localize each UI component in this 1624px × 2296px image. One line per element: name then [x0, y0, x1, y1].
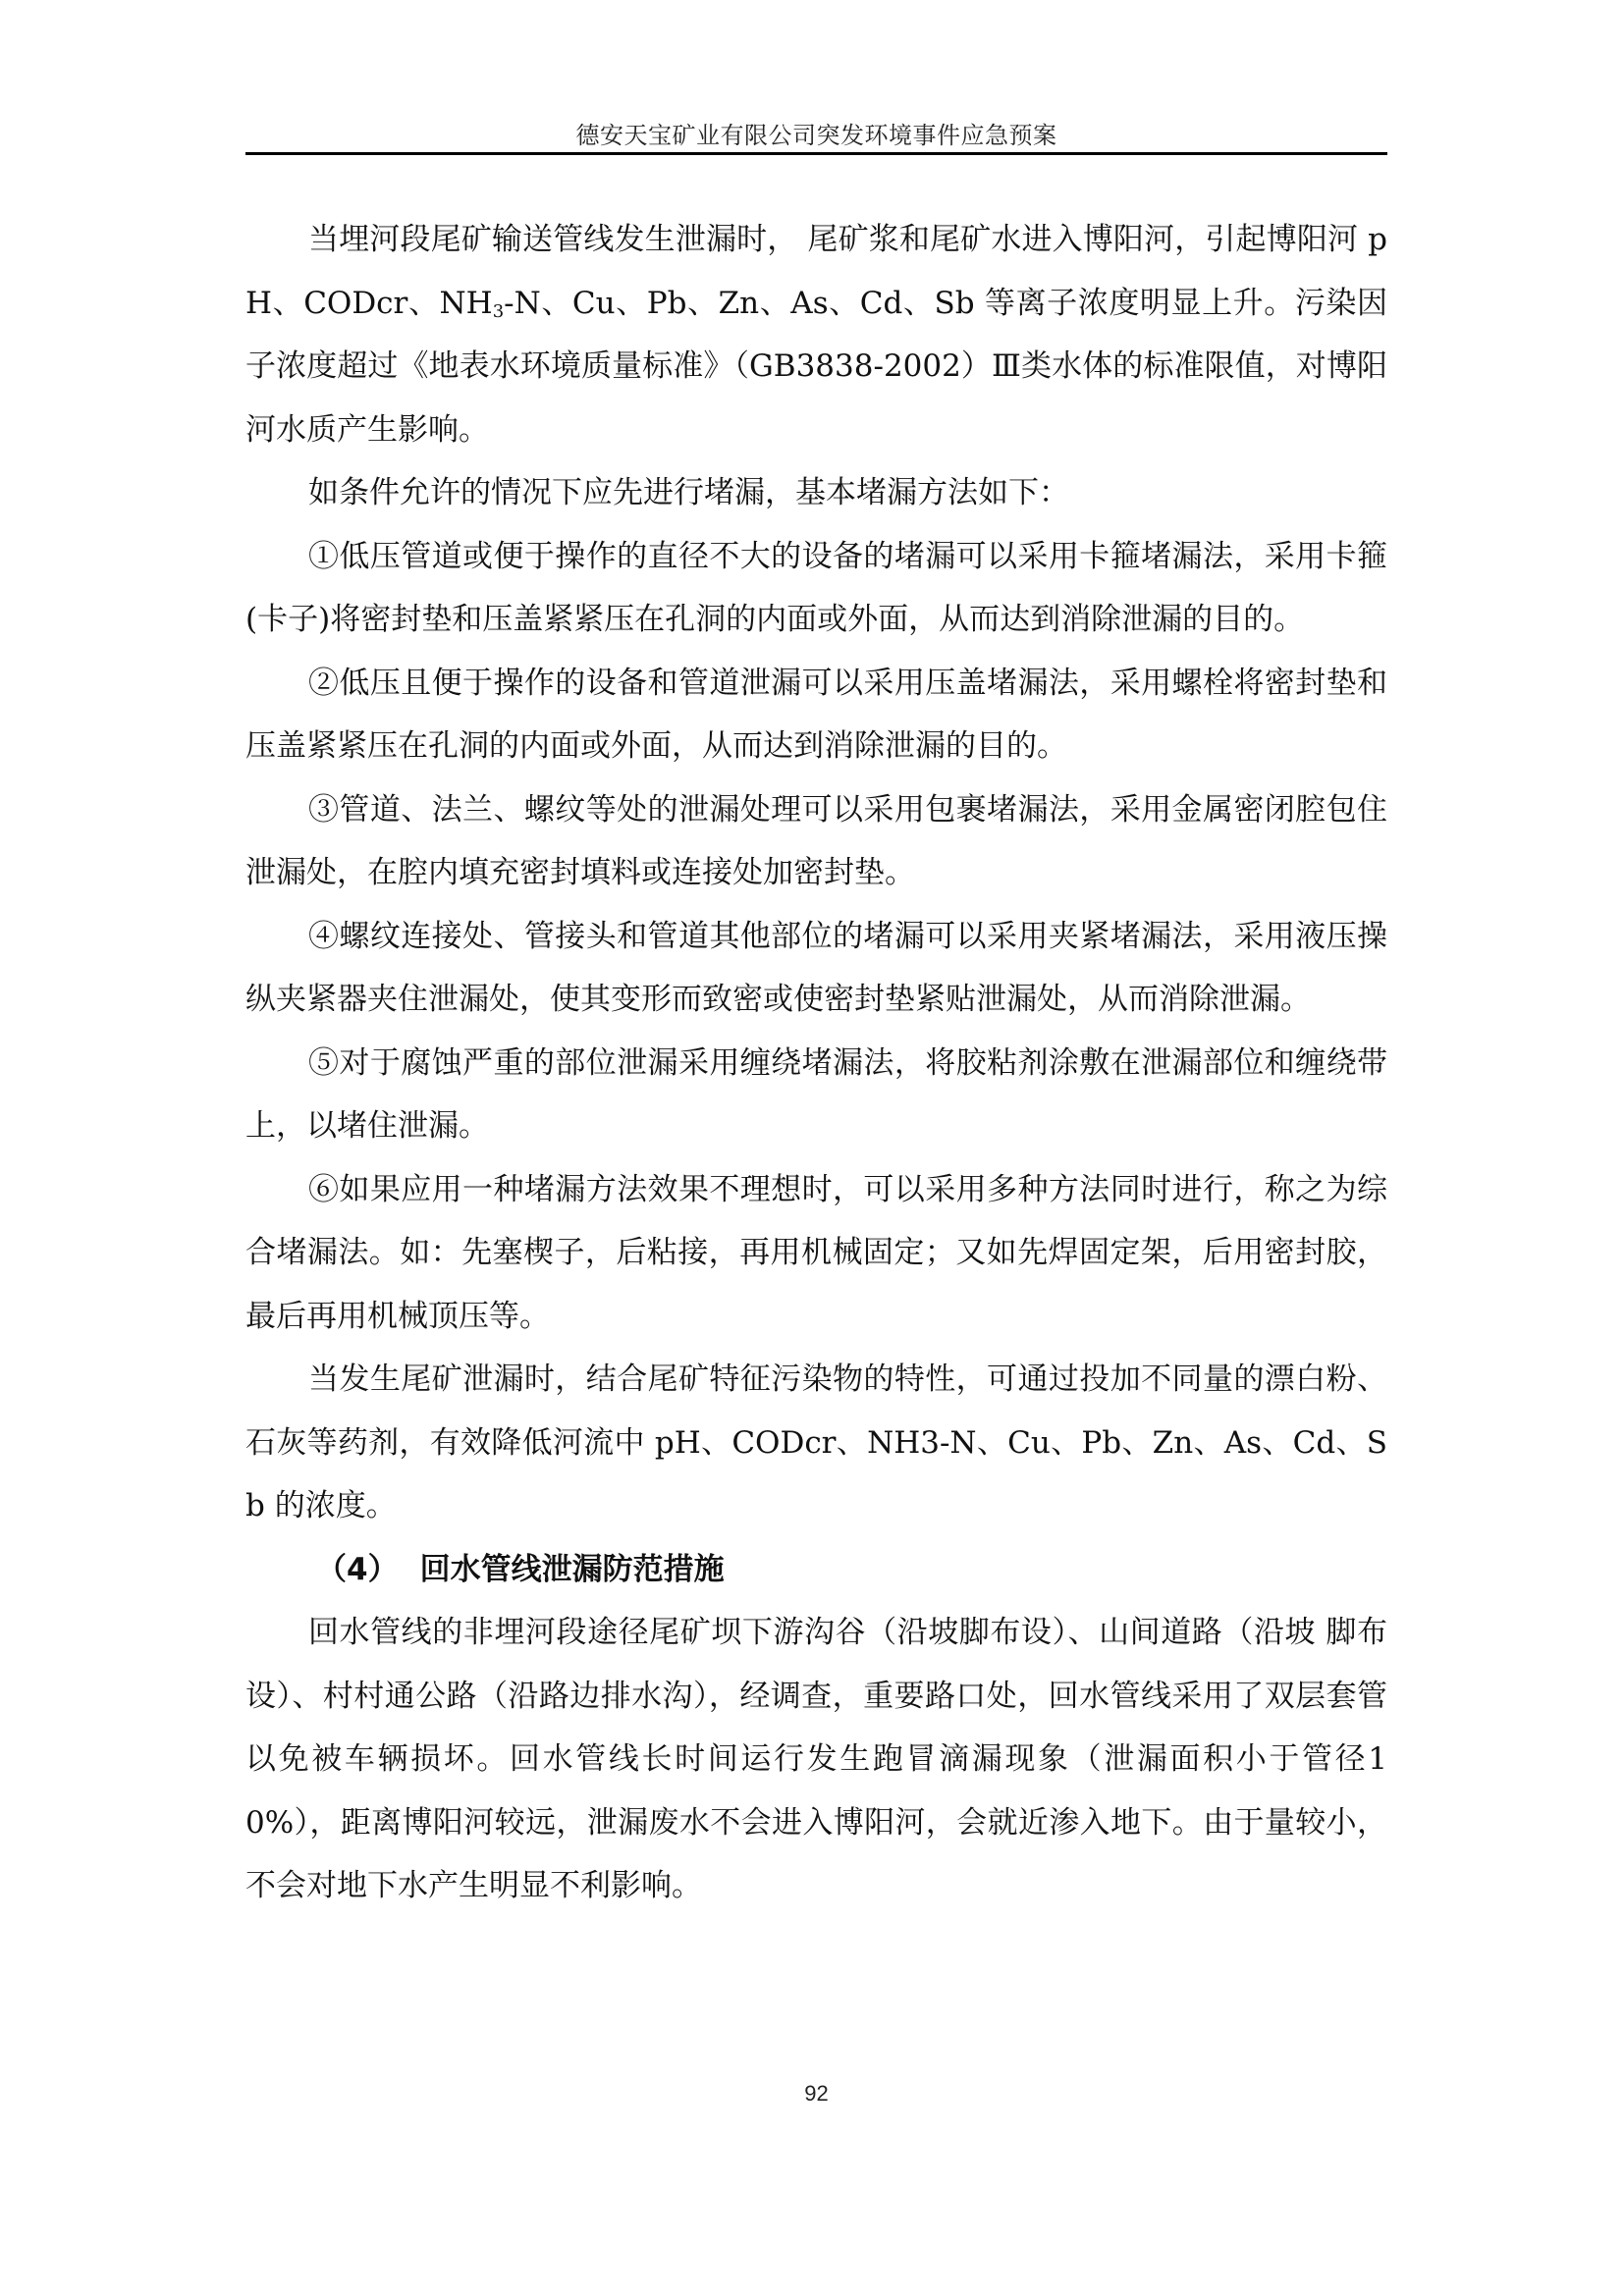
paragraph-method-6: ⑥如果应用一种堵漏方法效果不理想时，可以采用多种方法同时进行，称之为综合堵漏法。… [245, 1158, 1387, 1349]
section-number: （4） [316, 1552, 399, 1587]
paragraph-method-2: ②低压且便于操作的设备和管道泄漏可以采用压盖堵漏法，采用螺栓将密封垫和压盖紧紧压… [245, 652, 1387, 778]
paragraph-pipeline-leak-impact: 当埋河段尾矿输送管线发生泄漏时， 尾矿浆和尾矿水进入博阳河，引起博阳河 pH、C… [245, 208, 1387, 461]
header-divider [245, 152, 1387, 155]
section-title: 回水管线泄漏防范措施 [420, 1552, 725, 1587]
page-number: 92 [245, 2081, 1387, 2107]
paragraph-method-3: ③管道、法兰、螺纹等处的泄漏处理可以采用包裹堵漏法，采用金属密闭腔包住泄漏处，在… [245, 778, 1387, 905]
subscript: 3 [493, 301, 504, 322]
paragraph-method-1: ①低压管道或便于操作的直径不大的设备的堵漏可以采用卡箍堵漏法，采用卡箍(卡子)将… [245, 525, 1387, 652]
paragraph-method-5: ⑤对于腐蚀严重的部位泄漏采用缠绕堵漏法，将胶粘剂涂敷在泄漏部位和缠绕带上，以堵住… [245, 1032, 1387, 1158]
document-header-title: 德安天宝矿业有限公司突发环境事件应急预案 [245, 116, 1387, 150]
paragraph-return-water-body: 回水管线的非埋河段途径尾矿坝下游沟谷（沿坡脚布设）、山间道路（沿坡 脚布设）、村… [245, 1601, 1387, 1918]
paragraph-plugging-intro: 如条件允许的情况下应先进行堵漏，基本堵漏方法如下： [245, 461, 1387, 525]
section-heading-return-water: （4）回水管线泄漏防范措施 [245, 1538, 1387, 1602]
document-body: 当埋河段尾矿输送管线发生泄漏时， 尾矿浆和尾矿水进入博阳河，引起博阳河 pH、C… [245, 208, 1387, 1918]
paragraph-method-4: ④螺纹连接处、管接头和管道其他部位的堵漏可以采用夹紧堵漏法，采用液压操纵夹紧器夹… [245, 905, 1387, 1032]
paragraph-chemical-treatment: 当发生尾矿泄漏时，结合尾矿特征污染物的特性，可通过投加不同量的漂白粉、石灰等药剂… [245, 1348, 1387, 1538]
